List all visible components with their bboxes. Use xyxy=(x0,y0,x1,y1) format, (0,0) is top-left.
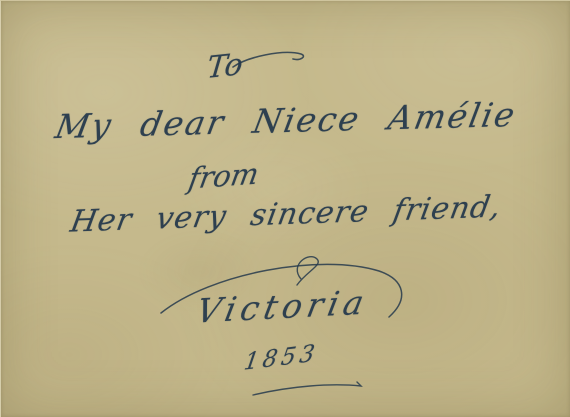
paper: To My dear Niece Amélie from Her very si… xyxy=(0,0,570,417)
from-line: from xyxy=(186,156,261,195)
recipient-line: My dear Niece Amélie xyxy=(52,95,519,146)
date: 1853 xyxy=(242,340,320,376)
closing-line: Her very sincere friend, xyxy=(67,189,504,239)
salutation-line: To xyxy=(205,47,244,86)
date-underline-flourish xyxy=(253,382,361,395)
signature: Victoria xyxy=(193,282,372,330)
signature-initial-flourish xyxy=(297,257,318,285)
